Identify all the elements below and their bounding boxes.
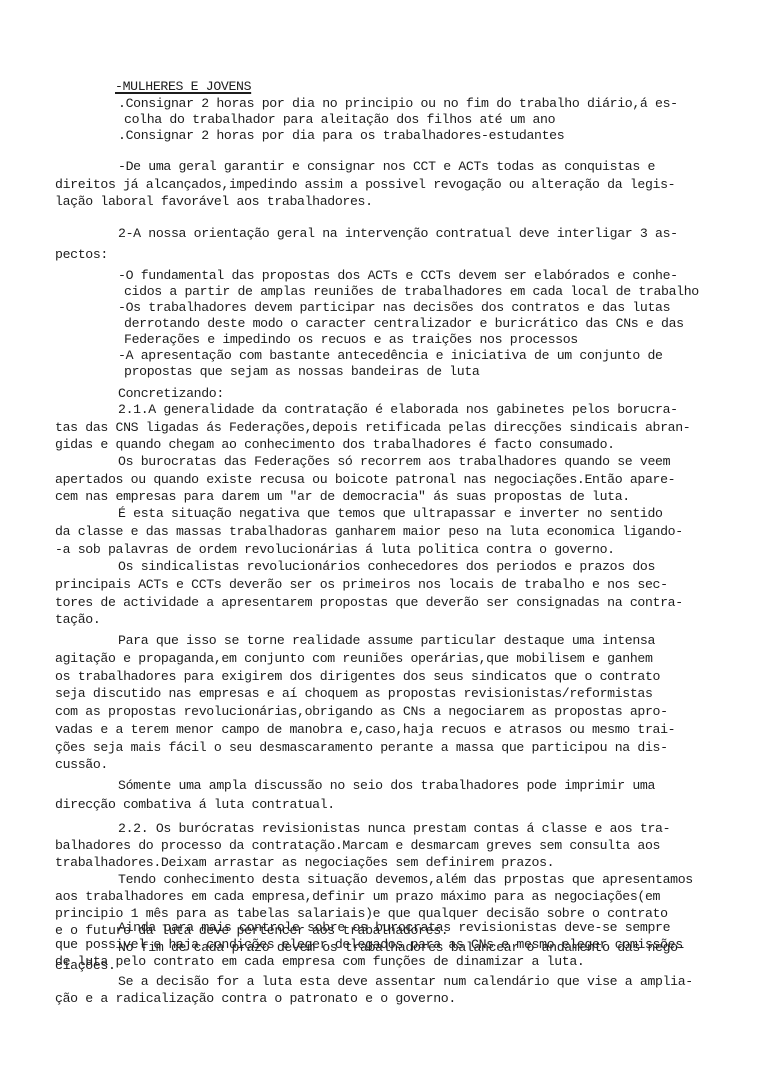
text-line: .Consignar 2 horas por dia no principio …	[118, 96, 678, 112]
text-line: tação.	[55, 612, 100, 628]
text-line: gidas e quando chegam ao conhecimento do…	[55, 437, 615, 453]
text-line: vadas e a terem menor campo de manobra e…	[55, 722, 675, 738]
text-line: -a sob palavras de ordem revolucionárias…	[55, 542, 615, 558]
text-line: cussão.	[55, 757, 108, 773]
text-line: cidos a partir de amplas reuniões de tra…	[124, 284, 699, 300]
text-line: cem nas empresas para darem um "ar de de…	[55, 489, 630, 505]
text-line: os trabalhadores para exigirem dos dirig…	[55, 669, 660, 685]
text-line: agitação e propaganda,em conjunto com re…	[55, 651, 653, 667]
text-line: trabalhadores.Deixam arrastar as negocia…	[55, 855, 554, 871]
text-line: direcção combativa á luta contratual.	[55, 797, 335, 813]
text-line: É esta situação negativa que temos que u…	[118, 506, 663, 522]
text-line: que possivel e haja condições eleger del…	[55, 937, 683, 953]
text-line: 2.1.A generalidade da contratação é elab…	[118, 402, 678, 418]
text-line: .Consignar 2 horas por dia para os traba…	[118, 128, 564, 144]
text-line: de luta pelo contrato em cada empresa co…	[55, 954, 584, 970]
text-line: -Os trabalhadores devem participar nas d…	[118, 300, 670, 316]
text-line: Federações e impedindo os recuos e as tr…	[124, 332, 578, 348]
text-line: ção e a radicalização contra o patronato…	[55, 991, 456, 1007]
text-line: pectos:	[55, 247, 108, 263]
text-line: direitos já alcançados,impedindo assim a…	[55, 177, 675, 193]
section-heading: -MULHERES E JOVENS	[115, 79, 251, 95]
text-line: -O fundamental das propostas dos ACTs e …	[118, 268, 678, 284]
text-line: da classe e das massas trabalhadoras gan…	[55, 524, 683, 540]
text-line: Para que isso se torne realidade assume …	[118, 633, 655, 649]
text-line: seja discutido nas empresas e aí choquem…	[55, 686, 653, 702]
text-line: tas das CNS ligadas ás Federações,depois…	[55, 420, 690, 436]
text-line: Os burocratas das Federações só recorrem…	[118, 454, 670, 470]
text-line: colha do trabalhador para aleitação dos …	[124, 112, 555, 128]
text-line: aos trabalhadores em cada empresa,defini…	[55, 889, 660, 905]
text-line: apertados ou quando existe recusa ou boi…	[55, 472, 675, 488]
text-line: derrotando deste modo o caracter central…	[124, 316, 684, 332]
text-line: -De uma geral garantir e consignar nos C…	[118, 159, 655, 175]
document-page: -MULHERES E JOVENS.Consignar 2 horas por…	[0, 0, 764, 1080]
text-line: Se a decisão for a luta esta deve assent…	[118, 974, 693, 990]
text-line: Concretizando:	[118, 386, 224, 402]
text-line: 2-A nossa orientação geral na intervençã…	[118, 226, 678, 242]
text-line: com as propostas revolucionárias,obrigan…	[55, 704, 668, 720]
text-line: 2.2. Os burócratas revisionistas nunca p…	[118, 821, 670, 837]
text-line: principais ACTs e CCTs deverão ser os pr…	[55, 577, 668, 593]
text-line: propostas que sejam as nossas bandeiras …	[124, 364, 480, 380]
text-line: tores de actividade a apresentarem propo…	[55, 595, 683, 611]
text-line: -A apresentação com bastante antecedênci…	[118, 348, 663, 364]
text-line: Os sindicalistas revolucionários conhece…	[118, 559, 655, 575]
text-line: Ainda para mais controle sobre os burocr…	[118, 920, 670, 936]
text-line: Sómente uma ampla discussão no seio dos …	[118, 778, 655, 794]
text-line: lação laboral favorável aos trabalhadore…	[55, 194, 373, 210]
text-line: Tendo conhecimento desta situação devemo…	[118, 872, 693, 888]
text-line: balhadores do processo da contratação.Ma…	[55, 838, 660, 854]
text-line: ções seja mais fácil o seu desmascaramen…	[55, 740, 668, 756]
